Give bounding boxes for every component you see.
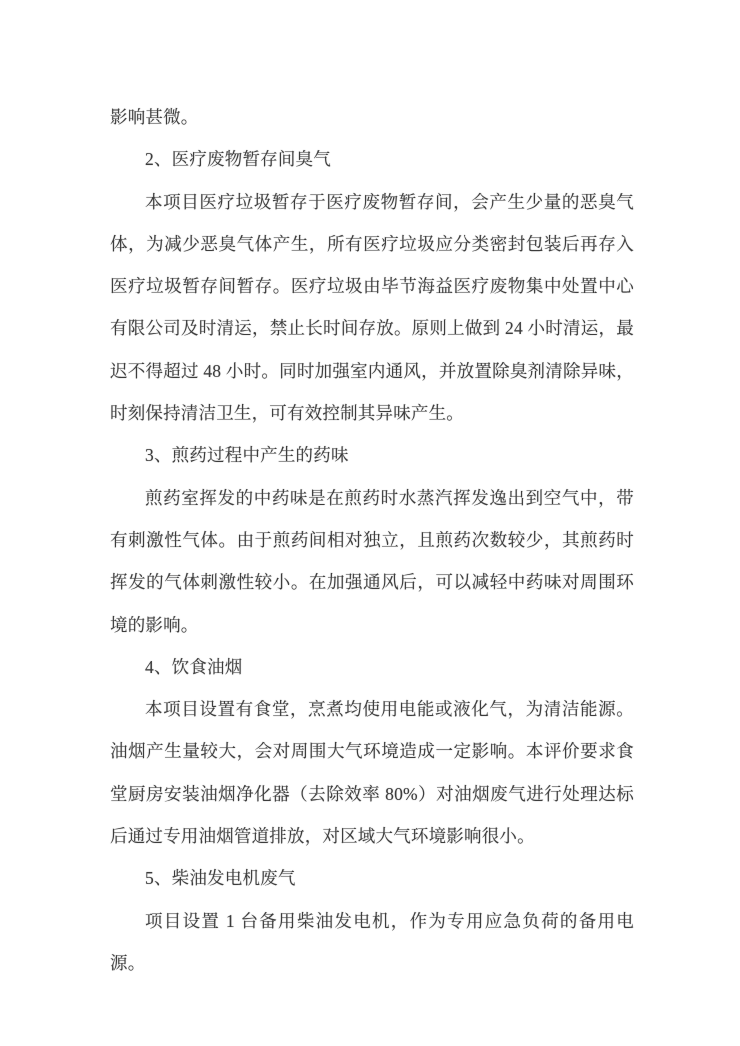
section-heading-cooking-fumes: 4、饮食油烟 bbox=[110, 646, 634, 688]
document-page: 影响甚微。 2、医疗废物暂存间臭气 本项目医疗垃圾暂存于医疗废物暂存间，会产生少… bbox=[0, 0, 740, 1046]
paragraph-diesel-generator-exhaust: 项目设置 1 台备用柴油发电机，作为专用应急负荷的备用电源。 bbox=[110, 900, 634, 985]
paragraph-decoction-smell: 煎药室挥发的中药味是在煎药时水蒸汽挥发逸出到空气中，带有刺激性气体。由于煎药间相… bbox=[110, 477, 634, 646]
paragraph-continuation-line: 影响甚微。 bbox=[110, 96, 634, 138]
section-heading-medical-waste-odor: 2、医疗废物暂存间臭气 bbox=[110, 138, 634, 180]
paragraph-medical-waste-odor: 本项目医疗垃圾暂存于医疗废物暂存间，会产生少量的恶臭气体，为减少恶臭气体产生，所… bbox=[110, 181, 634, 435]
paragraph-cooking-fumes: 本项目设置有食堂，烹煮均使用电能或液化气，为清洁能源。油烟产生量较大，会对周围大… bbox=[110, 688, 634, 857]
section-heading-diesel-generator-exhaust: 5、柴油发电机废气 bbox=[110, 857, 634, 899]
section-heading-decoction-smell: 3、煎药过程中产生的药味 bbox=[110, 434, 634, 476]
document-body-text: 影响甚微。 2、医疗废物暂存间臭气 本项目医疗垃圾暂存于医疗废物暂存间，会产生少… bbox=[110, 96, 634, 984]
